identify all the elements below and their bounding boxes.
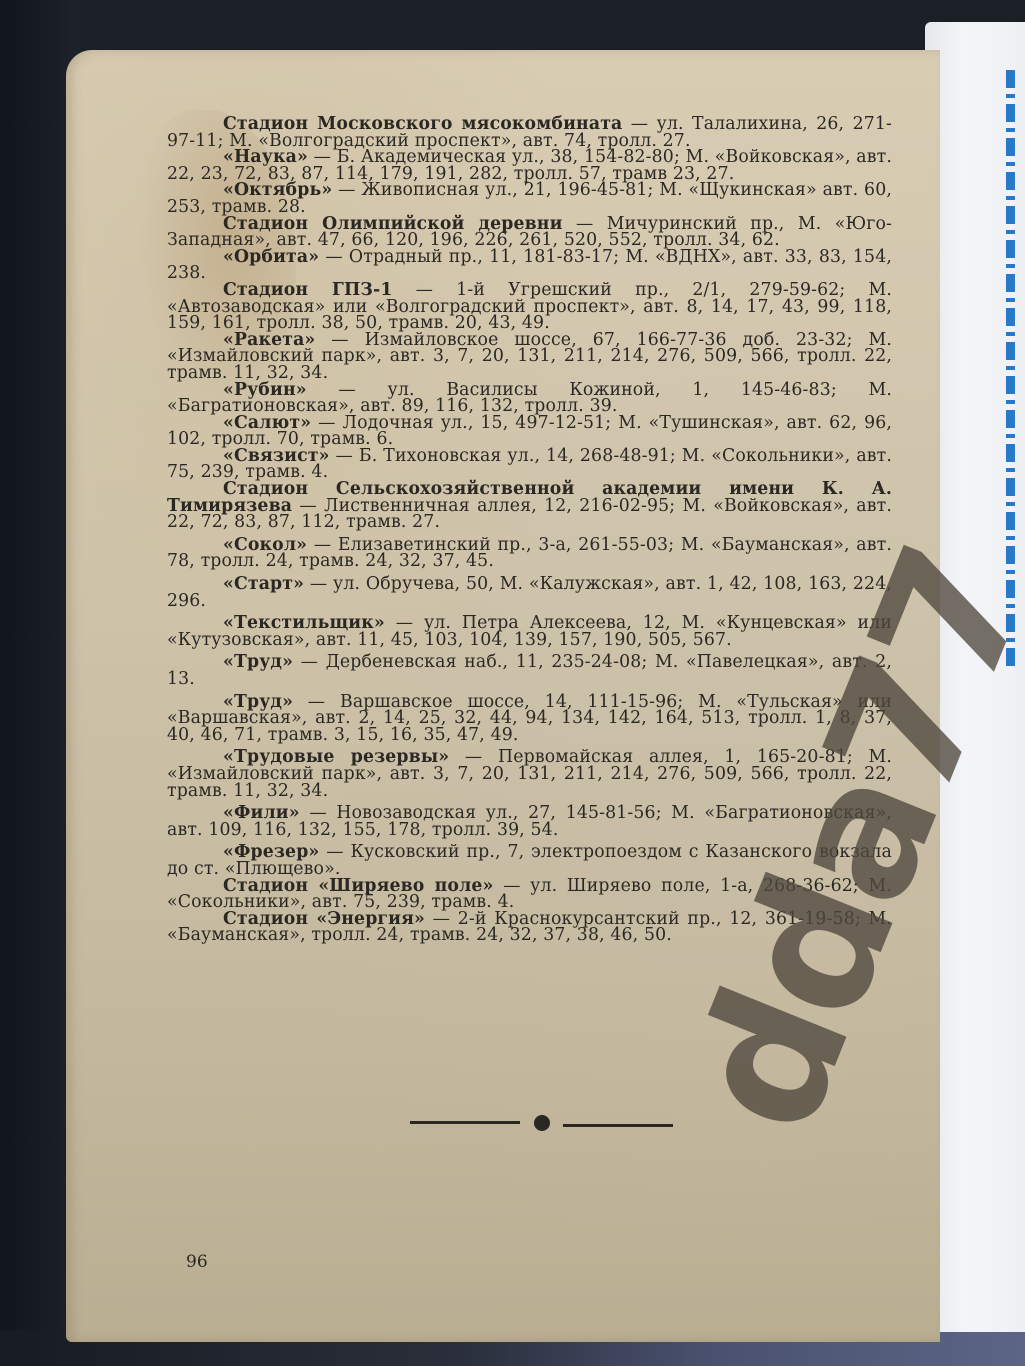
directory-entry: Стадион ГПЗ-1 — 1-й Угрешский пр., 2/1, …	[167, 282, 892, 332]
entry-name: «Орбита»	[223, 247, 319, 267]
directory-entry: «Рубин» — ул. Василисы Кожиной, 1, 145-4…	[167, 382, 892, 415]
directory-entry: «Ракета» — Измайловское шоссе, 67, 166-7…	[167, 332, 892, 382]
entry-name: «Старт»	[223, 574, 304, 594]
ornament-line-right	[563, 1124, 673, 1127]
directory-entry: Стадион Московского мясокомбината — ул. …	[167, 116, 892, 149]
directory-entry: Стадион Олимпийской деревни — Мичурински…	[167, 216, 892, 249]
ornament-line-left	[410, 1121, 520, 1124]
directory-entry: «Октябрь» — Живописная ул., 21, 196-45-8…	[167, 182, 892, 215]
directory-entry: Стадион Сельскохозяйственной академии им…	[167, 481, 892, 531]
directory-entry: «Связист» — Б. Тихоновская ул., 14, 268-…	[167, 448, 892, 481]
directory-entry: «Орбита» — Отрадный пр., 11, 181-83-17; …	[167, 249, 892, 282]
entry-name: «Труд»	[223, 652, 293, 672]
directory-entry: «Сокол» — Елизаветинский пр., 3-а, 261-5…	[167, 537, 892, 570]
directory-entry: «Текстильщик» — ул. Петра Алексеева, 12,…	[167, 615, 892, 648]
ornament-dot-icon	[534, 1115, 550, 1131]
directory-entry: «Труд» — Дербеневская наб., 11, 235-24-0…	[167, 654, 892, 687]
directory-entry: «Старт» — ул. Обручева, 50, М. «Калужска…	[167, 576, 892, 609]
section-end-ornament	[410, 1112, 675, 1132]
directory-entry: «Труд» — Варшавское шоссе, 14, 111-15-96…	[167, 694, 892, 744]
directory-entry: «Салют» — Лодочная ул., 15, 497-12-51; М…	[167, 415, 892, 448]
directory-entry: «Наука» — Б. Академическая ул., 38, 154-…	[167, 149, 892, 182]
page-number: 96	[186, 1252, 208, 1272]
